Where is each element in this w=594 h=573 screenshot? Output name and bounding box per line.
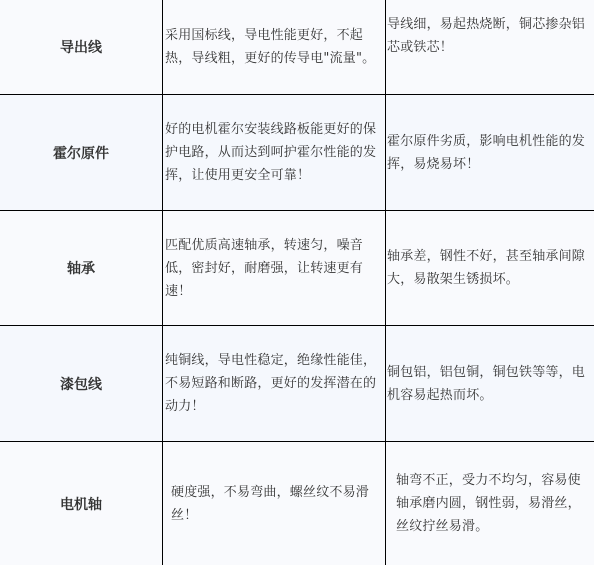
good-quality-description: 硬度强，不易弯曲，螺丝纹不易滑丝！ [163,442,385,565]
good-text: 硬度强，不易弯曲，螺丝纹不易滑丝！ [171,481,381,527]
good-quality-description: 好的电机霍尔安装线路板能更好的保护电路，从而达到呵护霍尔性能的发挥，让使用更安全… [163,95,385,210]
good-text: 好的电机霍尔安装线路板能更好的保护电路，从而达到呵护霍尔性能的发挥，让使用更安全… [165,118,381,187]
poor-quality-description: 轴承差，钢性不好，甚至轴承间隙大，易散架生锈损坏。 [386,211,594,325]
row-divider [0,210,594,211]
component-name: 导出线 [0,0,162,94]
bad-text: 轴弯不正，受力不均匀，容易使轴承磨内圆，钢性弱，易滑丝，丝纹拧丝易滑。 [396,469,588,538]
column-divider [385,0,386,565]
poor-quality-description: 导线细，易起热烧断，铜芯掺杂铝芯或铁芯！ [386,0,594,94]
good-text: 纯铜线，导电性稳定，绝缘性能佳，不易短路和断路，更好的发挥潜在的动力！ [165,349,381,418]
table-row: 轴承 匹配优质高速轴承，转速匀，噪音低，密封好，耐磨强，让转速更有速！ 轴承差，… [0,211,594,325]
poor-quality-description: 轴弯不正，受力不均匀，容易使轴承磨内圆，钢性弱，易滑丝，丝纹拧丝易滑。 [386,442,594,565]
bad-text: 霍尔原件劣质，影响电机性能的发挥，易烧易坏！ [387,130,588,176]
table-row: 导出线 采用国标线，导电性能更好，不起热，导线粗，更好的传导电"流量"。 导线细… [0,0,594,94]
table-row: 漆包线 纯铜线，导电性稳定，绝缘性能佳，不易短路和断路，更好的发挥潜在的动力！ … [0,326,594,441]
good-quality-description: 纯铜线，导电性稳定，绝缘性能佳，不易短路和断路，更好的发挥潜在的动力！ [163,326,385,441]
row-divider [0,94,594,95]
table-row: 电机轴 硬度强，不易弯曲，螺丝纹不易滑丝！ 轴弯不正，受力不均匀，容易使轴承磨内… [0,442,594,565]
component-name: 轴承 [0,211,162,325]
component-name: 霍尔原件 [0,95,162,210]
poor-quality-description: 霍尔原件劣质，影响电机性能的发挥，易烧易坏！ [386,95,594,210]
bad-text: 铜包铝，铝包铜，铜包铁等等，电机容易起热而坏。 [387,361,588,407]
table-row: 霍尔原件 好的电机霍尔安装线路板能更好的保护电路，从而达到呵护霍尔性能的发挥，让… [0,95,594,210]
component-name: 电机轴 [0,442,162,565]
good-quality-description: 匹配优质高速轴承，转速匀，噪音低，密封好，耐磨强，让转速更有速！ [163,211,385,325]
good-text: 匹配优质高速轴承，转速匀，噪音低，密封好，耐磨强，让转速更有速！ [165,234,381,303]
component-name: 漆包线 [0,326,162,441]
row-divider [0,325,594,326]
good-quality-description: 采用国标线，导电性能更好，不起热，导线粗，更好的传导电"流量"。 [163,0,385,94]
column-divider [162,0,163,565]
bad-text: 轴承差，钢性不好，甚至轴承间隙大，易散架生锈损坏。 [387,245,588,291]
good-text: 采用国标线，导电性能更好，不起热，导线粗，更好的传导电"流量"。 [165,24,381,70]
bad-text: 导线细，易起热烧断，铜芯掺杂铝芯或铁芯！ [387,13,588,59]
row-divider [0,441,594,442]
poor-quality-description: 铜包铝，铝包铜，铜包铁等等，电机容易起热而坏。 [386,326,594,441]
comparison-table: 导出线 采用国标线，导电性能更好，不起热，导线粗，更好的传导电"流量"。 导线细… [0,0,594,565]
